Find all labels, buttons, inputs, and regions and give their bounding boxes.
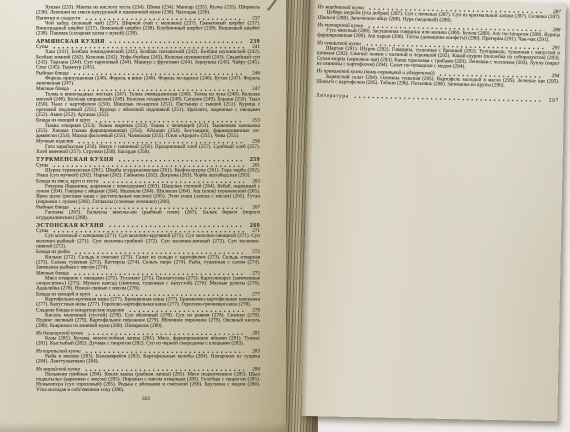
toc-heading-row: Литература297 [316,93,559,103]
left-page-number: 302 [126,396,166,402]
toc-paragraph: Форель припущенная (246). Форель в вине … [36,76,260,86]
toc-paragraph: Мясо отварное с овощами (275). Тухлиэкт … [36,276,260,291]
toc-paragraph: Картофельно-крупяная каша (277). Брюквен… [36,297,260,307]
toc-paragraph: Пельмени грибные (284). Кокля лашка (рыб… [36,372,260,393]
toc-paragraph: Хаш (241). Бозбаш эчмиадзинский (241). Б… [36,50,260,71]
toc-paragraph: Суп молочный с клецками (271). Суп молоч… [36,234,260,249]
left-page-contents: Хушан (233). Манты из кислого теста (234… [36,5,260,393]
toc-heading-row: АРМЯНСКАЯ КУХНЯ239 [36,39,260,44]
toc-paragraph: Казы (281). Кулама, многослойная лапша (… [36,336,260,346]
toc-paragraph: Чой кабуд (зеленый чай) (237). Ширчой (ч… [36,21,260,36]
dot-leader [108,226,244,228]
toc-paragraph: Шартан (291). Шурпе (292). Говядина, туш… [317,46,560,72]
toc-paragraph: Толма в виноградных листьях (247). Толма… [36,92,260,118]
toc-paragraph: Шурпа туркменская (261). Шорба огурджали… [36,168,260,178]
toc-paragraph: Говурма (баранина, жаренная с помидорами… [36,184,260,205]
toc-heading-label: Литература [316,93,349,99]
book-spread-photo: Хушан (233). Манты из кислого теста (234… [0,0,570,432]
right-page-contents: Из мордовской кухни287Цебярь шурьба (уха… [316,2,561,103]
left-page: Хушан (233). Манты из кислого теста (234… [0,0,292,432]
toc-paragraph: Кильки (272). Сельдь в сметане (273). Са… [36,255,260,270]
toc-heading-row: ТУРКМЕНСКАЯ КУХНЯ259 [36,157,260,162]
toc-paragraph: Тыква отварная (253). Тыква жареная (253… [36,123,260,138]
toc-paragraph: Гаплама (267). Балыклы янахлы-аш (рыбный… [36,210,260,220]
toc-page-number: 297 [546,98,559,103]
toc-paragraph: Хушан (233). Манты из кислого теста (234… [36,5,260,15]
pen-mark [267,0,277,11]
toc-paragraph: Гата карабахская (256). Назук с начинкой… [36,144,260,154]
toc-paragraph: Кисель молочный (густой) (278). Суп ябло… [36,313,260,328]
toc-heading-row: ЭСТОНСКАЯ КУХНЯ269 [36,223,260,228]
right-page: Из мордовской кухни287Цебярь шурьба (уха… [301,0,566,421]
dot-leader [353,97,543,102]
toc-paragraph: Рыба в молоке (283). Калакяярейтя (283).… [36,354,260,364]
dot-leader [118,160,244,162]
dot-leader [109,42,244,44]
